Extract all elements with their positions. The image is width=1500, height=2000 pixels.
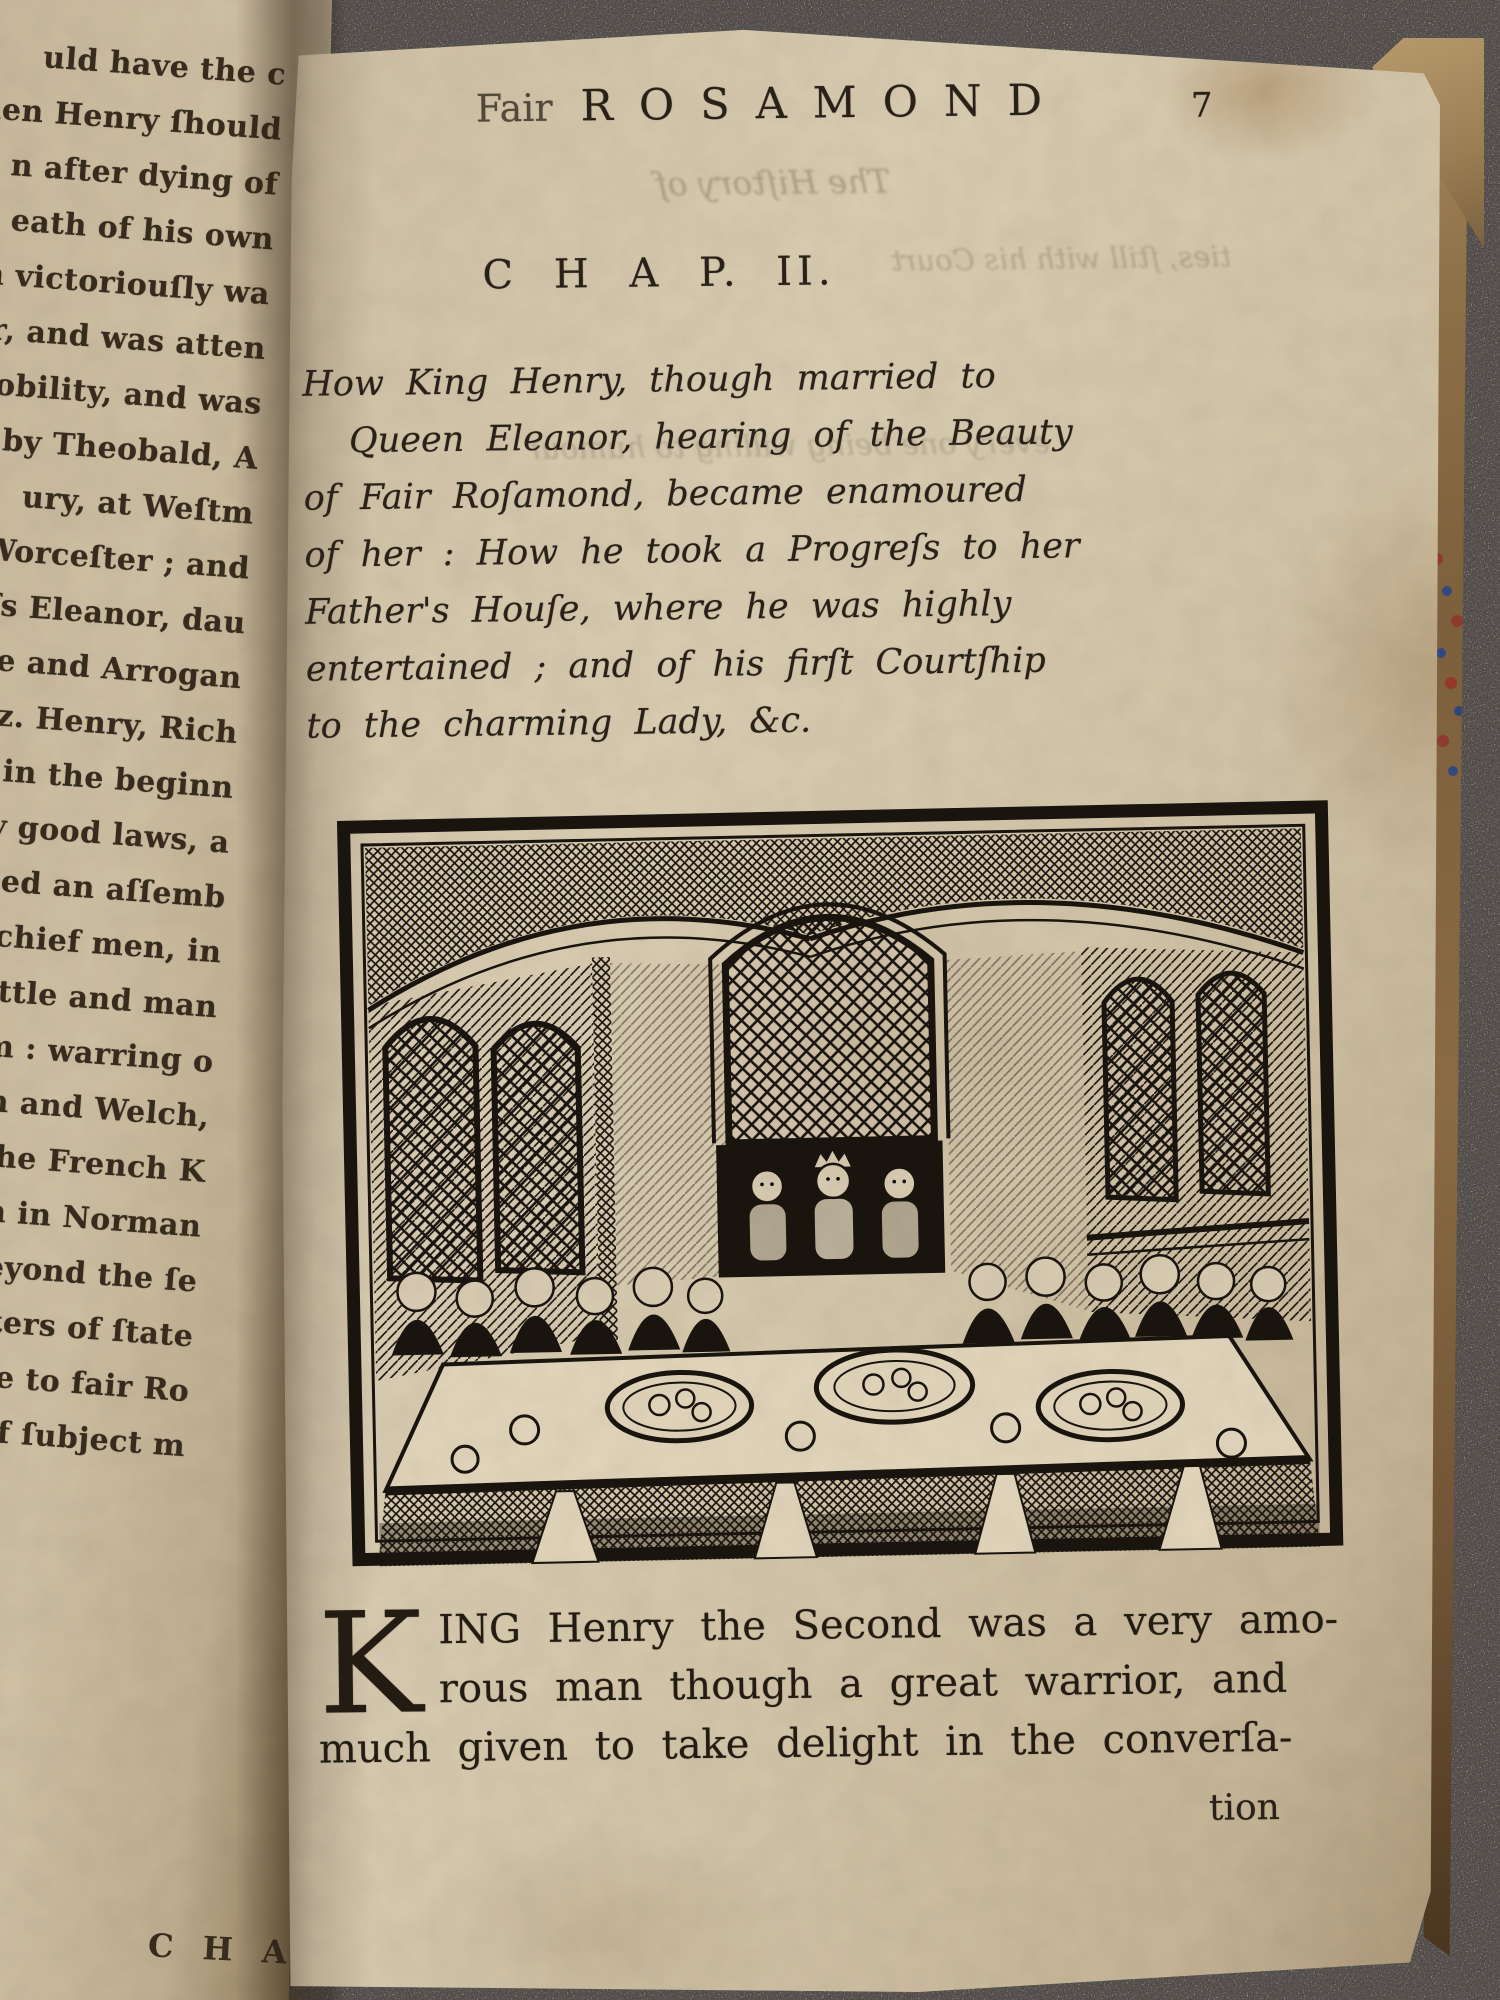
running-head-title: ROSAMOND [580,75,1068,131]
chapter-summary: How King Henry, though married to Queen … [302,347,1097,756]
arched-lattice-window [385,1018,481,1282]
body-text-line: much given to take delight in the conver… [319,1709,1278,1780]
chapter-summary-line: Father's Houſe, where he was highly [305,575,1096,642]
chapter-summary-line: to the charming Lady, &c. [306,689,1097,756]
show-through-ghost-text: The Hiſtory of [298,157,1248,208]
chapter-summary-line: Queen Eleanor, hearing of the Beauty [349,404,1094,470]
chapter-summary-line: of Fair Roſamond, became enamoured [303,461,1094,528]
royal-banquet-woodcut-illustration [336,798,1343,1569]
running-head-prefix: Fair [476,86,553,131]
arched-lattice-window [1103,978,1176,1201]
king-and-attendants-at-high-table [716,1141,945,1278]
drop-cap-initial: K [317,1609,423,1719]
central-arched-window [724,915,934,1143]
arched-lattice-window [493,1023,582,1274]
right-page-content: The Hiſtory of ties, ſtill with his Cour… [268,15,1452,2000]
woodcut-left-wall [367,957,618,1381]
running-head: FairROSAMOND [297,73,1248,135]
chapter-heading: C H A P. II. [299,246,1020,301]
page-number: 7 [1191,86,1213,126]
photo-of-open-antique-book: uld have the c hen Henry ſhould n after … [0,0,1500,2000]
body-paragraph: K ING Henry the Second was a very amo- r… [317,1591,1277,1780]
chapter-summary-line: entertained ; and of his firſt Courtſhip [305,632,1096,699]
arched-lattice-window [1198,972,1269,1195]
catchword: tion [320,1787,1280,1840]
right-book-page: The Hiſtory of ties, ſtill with his Cour… [280,22,1440,1994]
chapter-summary-line: How King Henry, though married to [302,347,1093,414]
chapter-summary-line: of her : How he took a Progreſs to her [304,518,1095,585]
